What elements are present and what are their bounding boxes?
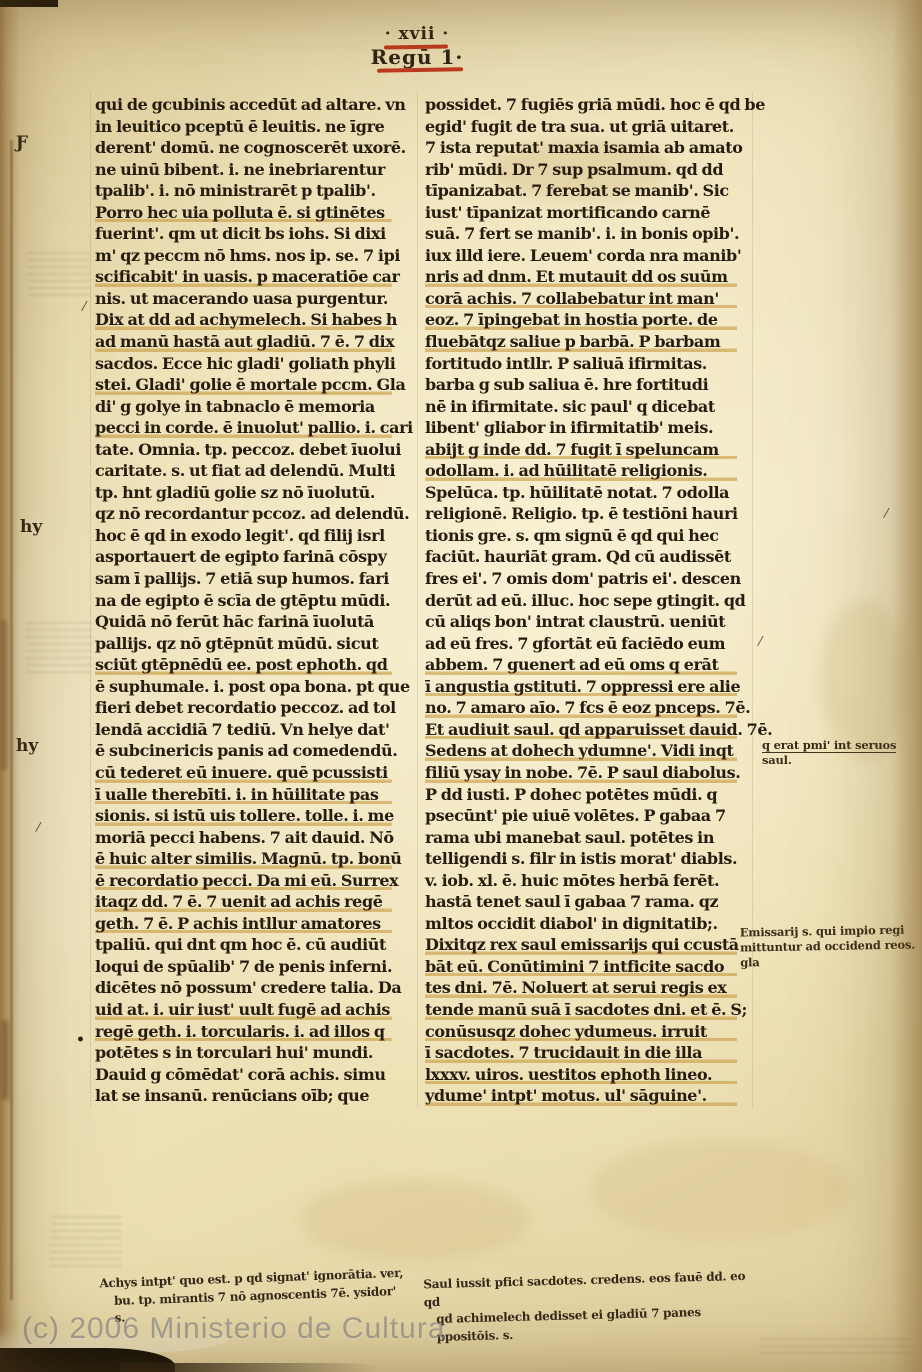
text-line: fuerint'. qm ut dicit bs iohs. Si dixi — [95, 223, 401, 245]
text-line: odollam. i. ad hūilitatē religionis. — [425, 460, 747, 482]
text-line: barba g sub saliua ē. hre fortitudi — [425, 374, 747, 396]
text-line: tionis gre. s. qm signū ē qd qui hec — [425, 525, 747, 547]
text-line: Dix at dd ad achymelech. Si habes h — [95, 309, 401, 331]
text-line: suā. 7 fert se manib'. i. in bonis opib'… — [425, 223, 747, 245]
text-line: tate. Omnia. tp. peccoz. debet īuolui — [95, 439, 401, 461]
text-column-right: possidet. 7 fugiēs griā mūdi. hoc ē qd b… — [425, 94, 747, 1107]
gutter-dark-mark — [1, 1020, 9, 1100]
text-line: lat se insanū. renūcians oīb; que — [95, 1085, 401, 1107]
footnote-line: qd achimelech dedisset ei gladiū 7 panes… — [424, 1303, 755, 1347]
text-line: fortitudo intllr. P saliuā ifirmitas. — [425, 353, 747, 375]
text-line: potētes s in torculari hui' mundi. — [95, 1042, 401, 1064]
text-line: regē geth. i. torcularis. i. ad illos q — [95, 1021, 401, 1043]
text-line: ydume' intpt' motus. ul' sāguine'. — [425, 1085, 747, 1107]
text-line: stei. Gladi' golie ē mortale pccm. Gla — [95, 374, 401, 396]
parchment-stain — [820, 600, 910, 760]
text-line: pallijs. qz nō gtēpnūt mūdū. sicut — [95, 633, 401, 655]
text-line: religionē. Religio. tp. ē testiōni hauri — [425, 503, 747, 525]
gutter-fold-line — [10, 140, 13, 1300]
text-line: faciūt. hauriāt gram. Qd cū audissēt — [425, 546, 747, 568]
scan-edge-top-left — [0, 0, 58, 7]
text-line: corā achis. 7 collabebatur int man' — [425, 288, 747, 310]
text-line: qz nō recordantur pccoz. ad delendū. — [95, 503, 401, 525]
text-line: geth. 7 ē. P achis intllur amatores — [95, 913, 401, 935]
margin-note-primus: q erat pmi' int seruos saul. — [762, 738, 912, 768]
margin-note-line: Emissarij s. qui impio regi — [740, 923, 905, 940]
text-line: fluebātqz saliue p barbā. P barbam — [425, 331, 747, 353]
margin-mark: • — [76, 1032, 85, 1048]
text-line: tes dni. 7ē. Noluert at serui regis ex — [425, 977, 747, 999]
text-line: ī sacdotes. 7 trucidauit in die illa — [425, 1042, 747, 1064]
footnote-right: Saul iussit pfici sacdotes. credens. eos… — [423, 1268, 755, 1347]
text-line: rama ubi manebat saul. potētes in — [425, 827, 747, 849]
text-line: ī angustia gstituti. 7 oppressi ere alie — [425, 676, 747, 698]
margin-note-line: saul. — [762, 753, 792, 767]
text-line: lendā accidiā 7 tediū. Vn helye dat' — [95, 719, 401, 741]
text-line: scificabit' in uasis. p maceratiōe car — [95, 266, 401, 288]
text-line: Dixitqz rex saul emissarijs qui ccustā — [425, 934, 747, 956]
text-line: ē subcinericis panis ad comedendū. — [95, 740, 401, 762]
text-line: iust' tīpanizat mortificando carnē — [425, 202, 747, 224]
text-line: ē huic alter similis. Magnū. tp. bonū — [95, 848, 401, 870]
text-column-left: qui de gcubinis accedūt ad altare. vnin … — [95, 94, 401, 1107]
parchment-stain — [590, 1140, 850, 1240]
text-line: derūt ad eū. illuc. hoc sepe gtingit. qd — [425, 590, 747, 612]
margin-mark: Ƒ — [16, 133, 28, 153]
red-underline — [377, 67, 463, 73]
text-line: mltos occidit diabol' in dignitatib;. — [425, 913, 747, 935]
text-line: ad manū hastā aut gladiū. 7 ē. 7 dix — [95, 331, 401, 353]
text-line: cū tederet eū inuere. quē pcussisti — [95, 762, 401, 784]
chapter-number-label: · xvii · — [385, 24, 450, 44]
text-line: uid at. i. uir iust' uult fugē ad achis — [95, 999, 401, 1021]
text-line: nis. ut macerando uasa purgentur. — [95, 288, 401, 310]
show-through-text — [26, 622, 92, 678]
text-line: libent' gliabor in ifirmitatib' meis. — [425, 417, 747, 439]
text-line: fieri debet recordatio peccoz. ad tol — [95, 697, 401, 719]
text-line: iux illd iere. Leuem' corda nra manib' — [425, 245, 747, 267]
text-line: abbem. 7 guenert ad eū oms q erāt — [425, 654, 747, 676]
text-line: in leuitico pceptū ē leuitis. ne īgre — [95, 116, 401, 138]
margin-mark: / — [80, 299, 87, 315]
text-line: lxxxv. uiros. uestitos ephoth lineo. — [425, 1064, 747, 1086]
text-line: ī ualle therebīti. i. in hūilitate pas — [95, 784, 401, 806]
book-title-label: Regū 1· — [371, 45, 464, 69]
text-line: pecci in corde. ē inuolut' pallio. i. ca… — [95, 417, 401, 439]
text-line: tpalib'. i. nō ministrarēt p tpalib'. — [95, 180, 401, 202]
show-through-text — [50, 1216, 122, 1268]
text-line: dicētes nō possum' credere talia. Da — [95, 977, 401, 999]
margin-mark: / — [756, 634, 763, 650]
text-line: na de egipto ē scīa de gtēptu mūdi. — [95, 590, 401, 612]
text-line: rib' mūdi. Dr 7 sup psalmum. qd dd — [425, 159, 747, 181]
text-line: bāt eū. Conūtimini 7 intficite sacdo — [425, 956, 747, 978]
text-line: ē suphumale. i. post opa bona. pt que — [95, 676, 401, 698]
text-line: tpaliū. qui dnt qm hoc ē. cū audiūt — [95, 934, 401, 956]
text-line: egid' fugit de tra sua. ut griā uitaret. — [425, 116, 747, 138]
margin-mark: / — [34, 820, 41, 836]
text-line: Quidā nō ferūt hāc farinā īuolutā — [95, 611, 401, 633]
text-line: tp. hnt gladiū golie sz nō īuolutū. — [95, 482, 401, 504]
margin-mark: / — [882, 506, 889, 522]
show-through-text — [28, 252, 90, 300]
text-line: conūsusqz dohec ydumeus. irruit — [425, 1021, 747, 1043]
margin-note-line: mittuntur ad occidend reos. gla — [740, 937, 915, 969]
text-line: filiū ysay in nobe. 7ē. P saul diabolus. — [425, 762, 747, 784]
text-line: no. 7 amaro aīo. 7 fcs ē eoz pnceps. 7ē. — [425, 697, 747, 719]
text-line: hastā tenet saul ī gabaa 7 rama. qz — [425, 891, 747, 913]
text-line: ne uinū bibent. i. ne inebriarentur — [95, 159, 401, 181]
text-line: Spelūca. tp. hūilitatē notat. 7 odolla — [425, 482, 747, 504]
margin-mark: hy — [20, 517, 42, 537]
text-line: psecūnt' pie uiuē volētes. P gabaa 7 — [425, 805, 747, 827]
text-line: nē in ifirmitate. sic paul' q dicebat — [425, 396, 747, 418]
text-line: nris ad dnm. Et mutauit dd os suūm — [425, 266, 747, 288]
text-line: di' g golye in tabnaclo ē memoria — [95, 396, 401, 418]
text-line: sionis. si istū uis tollere. tolle. i. m… — [95, 805, 401, 827]
text-line: moriā pecci habens. 7 ait dauid. Nō — [95, 827, 401, 849]
text-line: sciūt gtēpnēdū ee. post ephoth. qd — [95, 654, 401, 676]
parchment-stain — [300, 1180, 530, 1260]
gutter-dark-mark — [0, 620, 7, 770]
margin-note-emissarii: Emissarij s. qui impio regi mittuntur ad… — [740, 922, 919, 970]
ruling-line — [90, 92, 91, 1107]
text-line: sacdos. Ecce hic gladi' goliath phyli — [95, 353, 401, 375]
text-line: 7 ista reputat' maxia isamia ab amato — [425, 137, 747, 159]
text-line: ad eū fres. 7 gfortāt eū faciēdo eum — [425, 633, 747, 655]
text-line: Et audiuit saul. qd apparuisset dauid. 7… — [425, 719, 747, 741]
text-line: qui de gcubinis accedūt ad altare. vn — [95, 94, 401, 116]
text-line: P dd iusti. P dohec potētes mūdi. q — [425, 784, 747, 806]
text-line: tīpanizabat. 7 ferebat se manib'. Sic — [425, 180, 747, 202]
text-line: abijt g inde dd. 7 fugit ī speluncam — [425, 439, 747, 461]
text-line: loqui de spūalib' 7 de penis inferni. — [95, 956, 401, 978]
text-line: tende manū suā ī sacdotes dni. et ē. S; — [425, 999, 747, 1021]
text-line: caritate. s. ut fiat ad delendū. Multi — [95, 460, 401, 482]
running-header-book: Regū 1· — [352, 45, 482, 69]
manuscript-scan: · xvii · Regū 1· qui de gcubinis accedūt… — [0, 0, 922, 1372]
text-line: Porro hec uia polluta ē. si gtinētes — [95, 202, 401, 224]
text-line: ē recordatio pecci. Da mi eū. Surrex — [95, 870, 401, 892]
text-line: eoz. 7 īpingebat in hostia porte. de — [425, 309, 747, 331]
margin-mark: hy — [16, 736, 38, 756]
copyright-watermark: (c) 2006 Ministerio de Cultura — [22, 1312, 446, 1346]
text-line: m' qz peccm nō hms. nos ip. se. 7 ipi — [95, 245, 401, 267]
text-line: hoc ē qd in exodo legit'. qd filij isrl — [95, 525, 401, 547]
text-line: Sedens at dohech ydumne'. Vidi inqt — [425, 740, 747, 762]
running-header-chapter: · xvii · — [352, 24, 482, 44]
text-line: possidet. 7 fugiēs griā mūdi. hoc ē qd b… — [425, 94, 747, 116]
text-line: sam ī pallijs. 7 etiā sup humos. fari — [95, 568, 401, 590]
text-line: cū aliqs bon' intrat claustrū. ueniūt — [425, 611, 747, 633]
scan-edge-bottom — [120, 1363, 380, 1372]
text-line: asportauert de egipto farinā cōspy — [95, 546, 401, 568]
text-line: telligendi s. filr in istis morat' diabl… — [425, 848, 747, 870]
margin-note-line: q erat pmi' int seruos — [762, 738, 896, 753]
text-line: fres ei'. 7 omis dom' patris ei'. descen — [425, 568, 747, 590]
text-line: derent' domū. ne cognoscerēt uxorē. — [95, 137, 401, 159]
text-line: Dauid g cōmēdat' corā achis. simu — [95, 1064, 401, 1086]
text-line: v. iob. xl. ē. huic mōtes herbā ferēt. — [425, 870, 747, 892]
ruling-line — [417, 92, 418, 1107]
text-line: itaqz dd. 7 ē. 7 uenit ad achis regē — [95, 891, 401, 913]
show-through-text — [760, 1338, 910, 1354]
